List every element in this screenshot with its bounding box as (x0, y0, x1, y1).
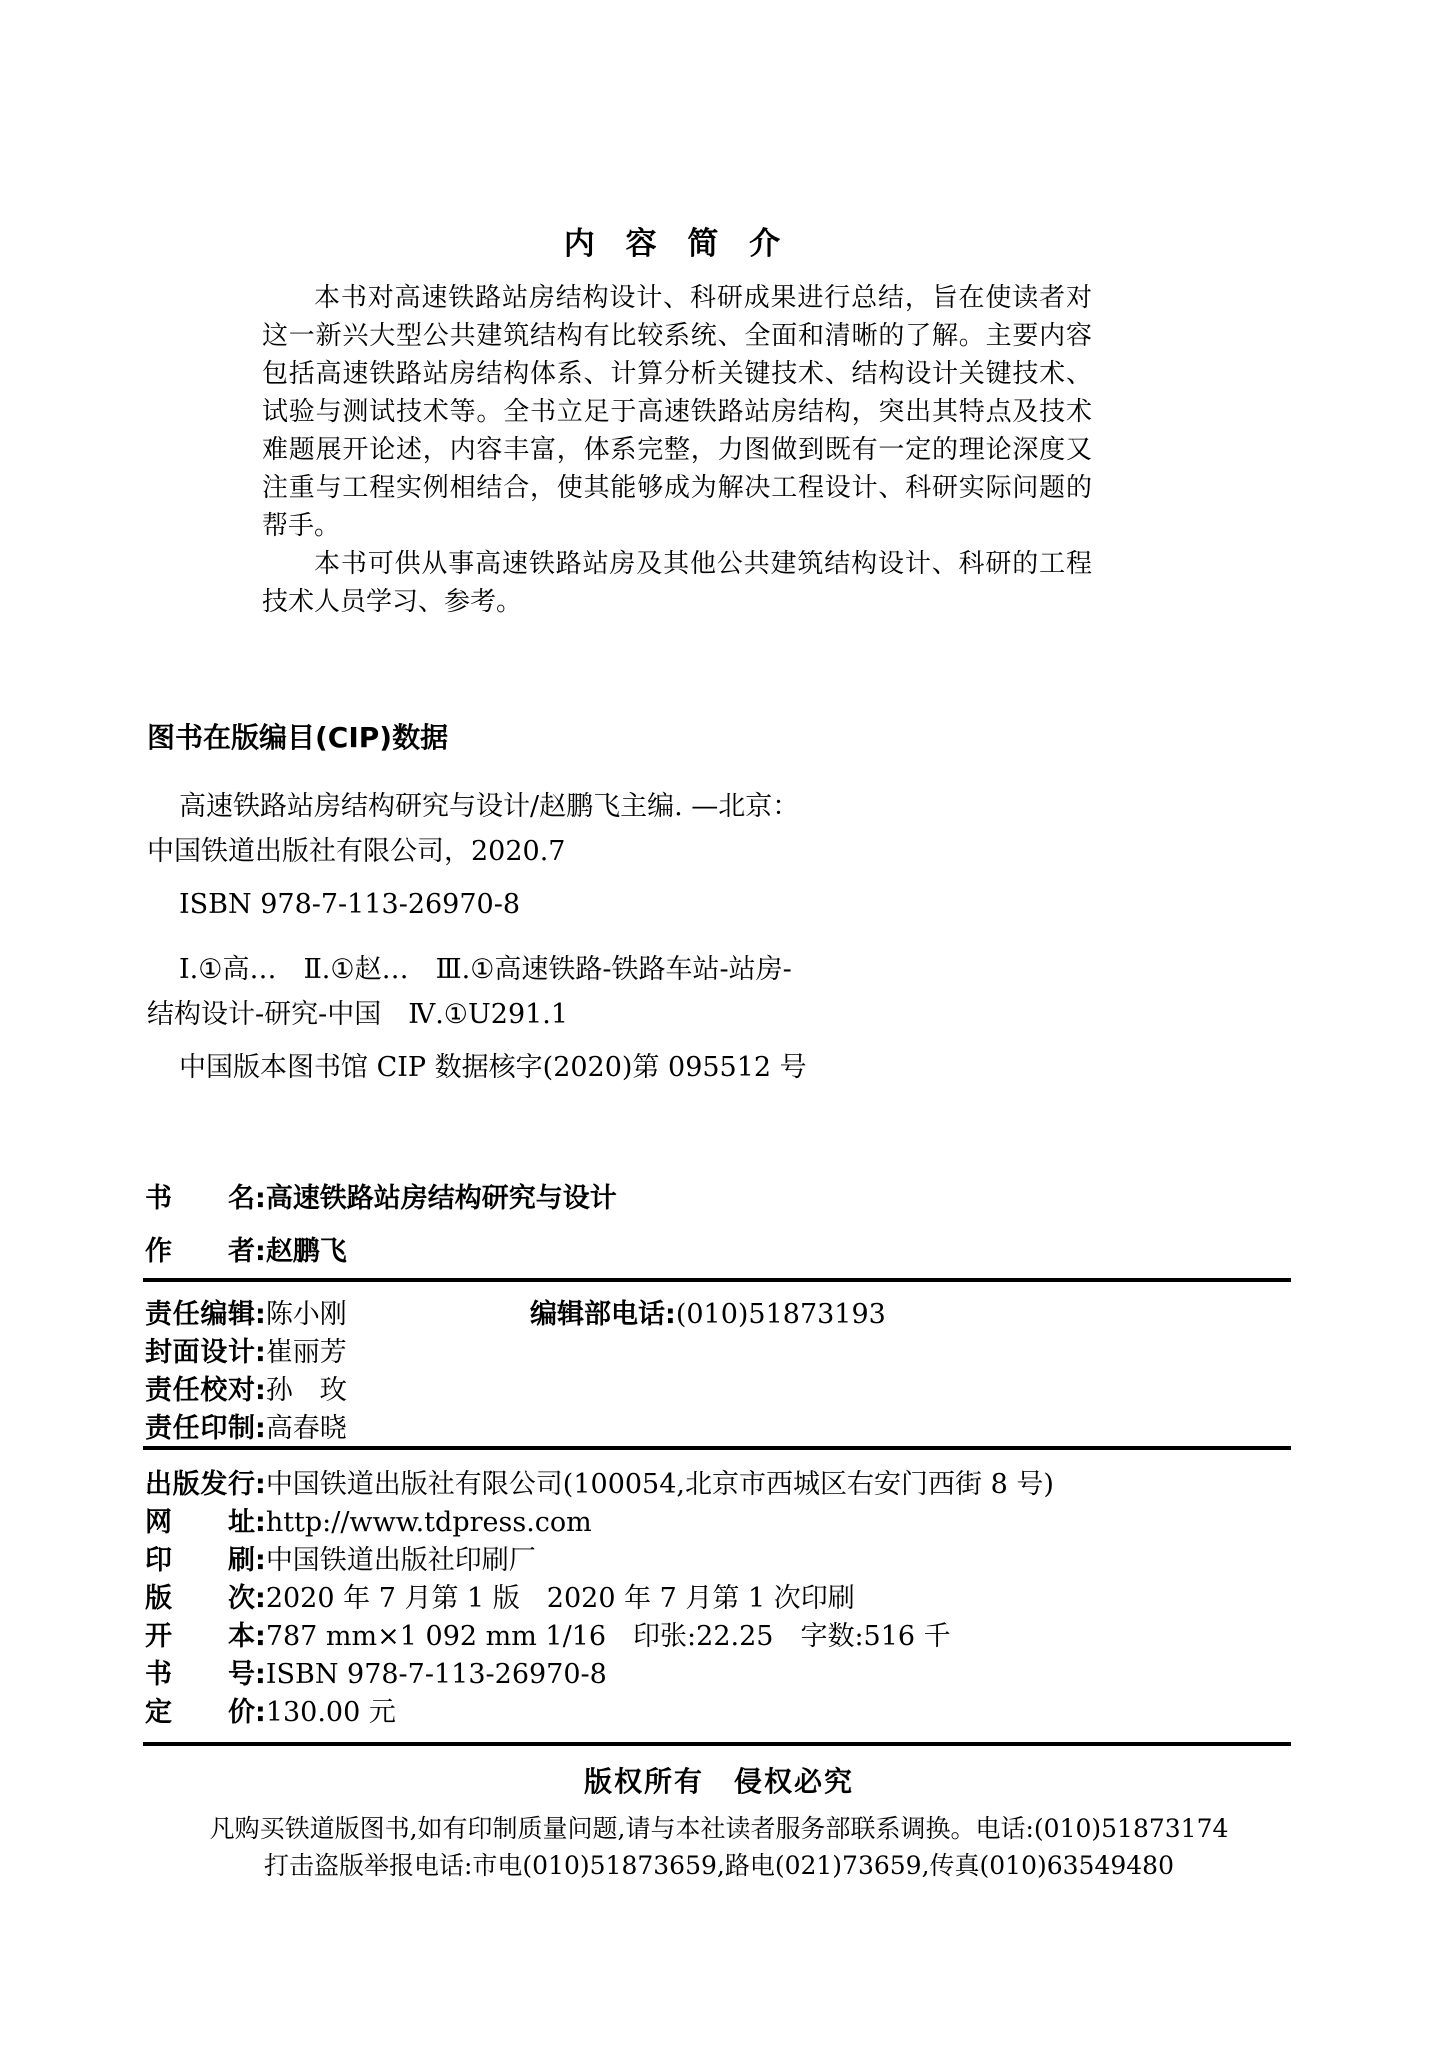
piracy-report-line: 打击盗版举报电话:市电(010)51873659,路电(021)73659,传真… (145, 1847, 1293, 1884)
price-value: 130.00 元 (266, 1697, 396, 1728)
editorial-phone: 编辑部电话:(010)51873193 (530, 1296, 886, 1334)
cover-designer-label: 封面设计 (145, 1334, 255, 1372)
cip-class-line-2: 结构设计-研究-中国 Ⅳ.①U291.1 (147, 992, 1067, 1037)
cip-section: 图书在版编目(CIP)数据 高速铁路站房结构研究与设计/赵鹏飞主编. —北京： … (147, 718, 1067, 1090)
book-title-row: 书名:高速铁路站房结构研究与设计 (145, 1172, 1295, 1225)
colophon-page: 内 容 简 介 本书对高速铁路站房结构设计、科研成果进行总结，旨在使读者对这一新… (0, 0, 1449, 2048)
copyright-notice: 版权所有 侵权必究 (145, 1760, 1293, 1800)
isbn-value: ISBN 978-7-113-26970-8 (266, 1659, 607, 1690)
managing-editor-value: 陈小刚 (266, 1299, 347, 1330)
cip-record-number: 中国版本图书馆 CIP 数据核字(2020)第 095512 号 (179, 1045, 1067, 1090)
print-supervisor-value: 高春晓 (266, 1413, 347, 1444)
divider-rule-2 (143, 1446, 1291, 1450)
copyright-footer: 版权所有 侵权必究 凡购买铁道版图书,如有印制质量问题,请与本社读者服务部联系调… (145, 1760, 1293, 1884)
colon: : (255, 1545, 266, 1576)
isbn-row: 书号:ISBN 978-7-113-26970-8 (145, 1656, 1295, 1694)
format-label: 开本 (145, 1618, 255, 1656)
proofreader-label: 责任校对 (145, 1372, 255, 1410)
edition-row: 版次:2020 年 7 月第 1 版 2020 年 7 月第 1 次印刷 (145, 1580, 1295, 1618)
divider-rule-1 (143, 1278, 1291, 1282)
proofreader-row: 责任校对:孙 玫 (145, 1372, 1295, 1410)
editor-row: 责任编辑:陈小刚 编辑部电话:(010)51873193 (145, 1296, 1295, 1334)
cip-isbn: ISBN 978-7-113-26970-8 (179, 882, 1067, 927)
publisher-value: 中国铁道出版社有限公司(100054,北京市西城区右安门西街 8 号) (266, 1469, 1054, 1500)
editors-section: 责任编辑:陈小刚 编辑部电话:(010)51873193 封面设计:崔丽芳 责任… (145, 1296, 1295, 1448)
intro-paragraph-1: 本书对高速铁路站房结构设计、科研成果进行总结，旨在使读者对这一新兴大型公共建筑结… (262, 279, 1092, 545)
book-title-author-section: 书名:高速铁路站房结构研究与设计 作者:赵鹏飞 (145, 1172, 1295, 1278)
intro-section: 内 容 简 介 本书对高速铁路站房结构设计、科研成果进行总结，旨在使读者对这一新… (262, 218, 1092, 621)
colon: : (255, 1621, 266, 1652)
website-value: http://www.tdpress.com (266, 1507, 592, 1538)
colon: : (255, 1375, 266, 1406)
website-label: 网址 (145, 1504, 255, 1542)
printer-label: 印刷 (145, 1542, 255, 1580)
publication-section: 出版发行:中国铁道出版社有限公司(100054,北京市西城区右安门西街 8 号)… (145, 1466, 1295, 1732)
price-row: 定价:130.00 元 (145, 1694, 1295, 1732)
cip-book-line: 高速铁路站房结构研究与设计/赵鹏飞主编. —北京： (179, 784, 1067, 829)
publisher-label: 出版发行 (145, 1466, 255, 1504)
printer-value: 中国铁道出版社印刷厂 (266, 1545, 536, 1576)
colon: : (255, 1413, 266, 1444)
colon: : (665, 1299, 676, 1330)
editorial-phone-label: 编辑部电话 (530, 1299, 665, 1330)
website-row: 网址:http://www.tdpress.com (145, 1504, 1295, 1542)
colon: : (255, 1583, 266, 1614)
publisher-row: 出版发行:中国铁道出版社有限公司(100054,北京市西城区右安门西街 8 号) (145, 1466, 1295, 1504)
edition-value: 2020 年 7 月第 1 版 2020 年 7 月第 1 次印刷 (266, 1583, 855, 1614)
managing-editor-label: 责任编辑 (145, 1296, 255, 1334)
intro-heading: 内 容 简 介 (262, 218, 1092, 263)
intro-paragraph-2: 本书可供从事高速铁路站房及其他公共建筑结构设计、科研的工程技术人员学习、参考。 (262, 545, 1092, 621)
book-author-row: 作者:赵鹏飞 (145, 1225, 1295, 1278)
format-row: 开本:787 mm×1 092 mm 1/16 印张:22.25 字数:516 … (145, 1618, 1295, 1656)
cip-publisher-line: 中国铁道出版社有限公司，2020.7 (147, 829, 1067, 874)
colon: : (255, 1236, 266, 1267)
colon: : (255, 1697, 266, 1728)
cover-designer-value: 崔丽芳 (266, 1337, 347, 1368)
print-supervisor-row: 责任印制:高春晓 (145, 1410, 1295, 1448)
editorial-phone-value: (010)51873193 (676, 1299, 886, 1330)
cip-class-line-1: Ⅰ.①高… Ⅱ.①赵… Ⅲ.①高速铁路-铁路车站-站房- (179, 947, 1067, 992)
book-title-label: 书名 (145, 1172, 255, 1225)
colon: : (255, 1507, 266, 1538)
book-title-value: 高速铁路站房结构研究与设计 (266, 1183, 617, 1214)
printer-row: 印刷:中国铁道出版社印刷厂 (145, 1542, 1295, 1580)
cip-title: 图书在版编目(CIP)数据 (147, 718, 1067, 758)
book-author-value: 赵鹏飞 (266, 1236, 347, 1267)
proofreader-value: 孙 玫 (266, 1375, 347, 1406)
service-contact-line: 凡购买铁道版图书,如有印制质量问题,请与本社读者服务部联系调换。电话:(010)… (145, 1810, 1293, 1847)
colon: : (255, 1337, 266, 1368)
colon: : (255, 1469, 266, 1500)
book-author-label: 作者 (145, 1225, 255, 1278)
isbn-label: 书号 (145, 1656, 255, 1694)
divider-rule-3 (143, 1742, 1291, 1746)
format-value: 787 mm×1 092 mm 1/16 印张:22.25 字数:516 千 (266, 1621, 951, 1652)
colon: : (255, 1299, 266, 1330)
edition-label: 版次 (145, 1580, 255, 1618)
colon: : (255, 1659, 266, 1690)
print-supervisor-label: 责任印制 (145, 1410, 255, 1448)
colon: : (255, 1183, 266, 1214)
price-label: 定价 (145, 1694, 255, 1732)
cover-designer-row: 封面设计:崔丽芳 (145, 1334, 1295, 1372)
